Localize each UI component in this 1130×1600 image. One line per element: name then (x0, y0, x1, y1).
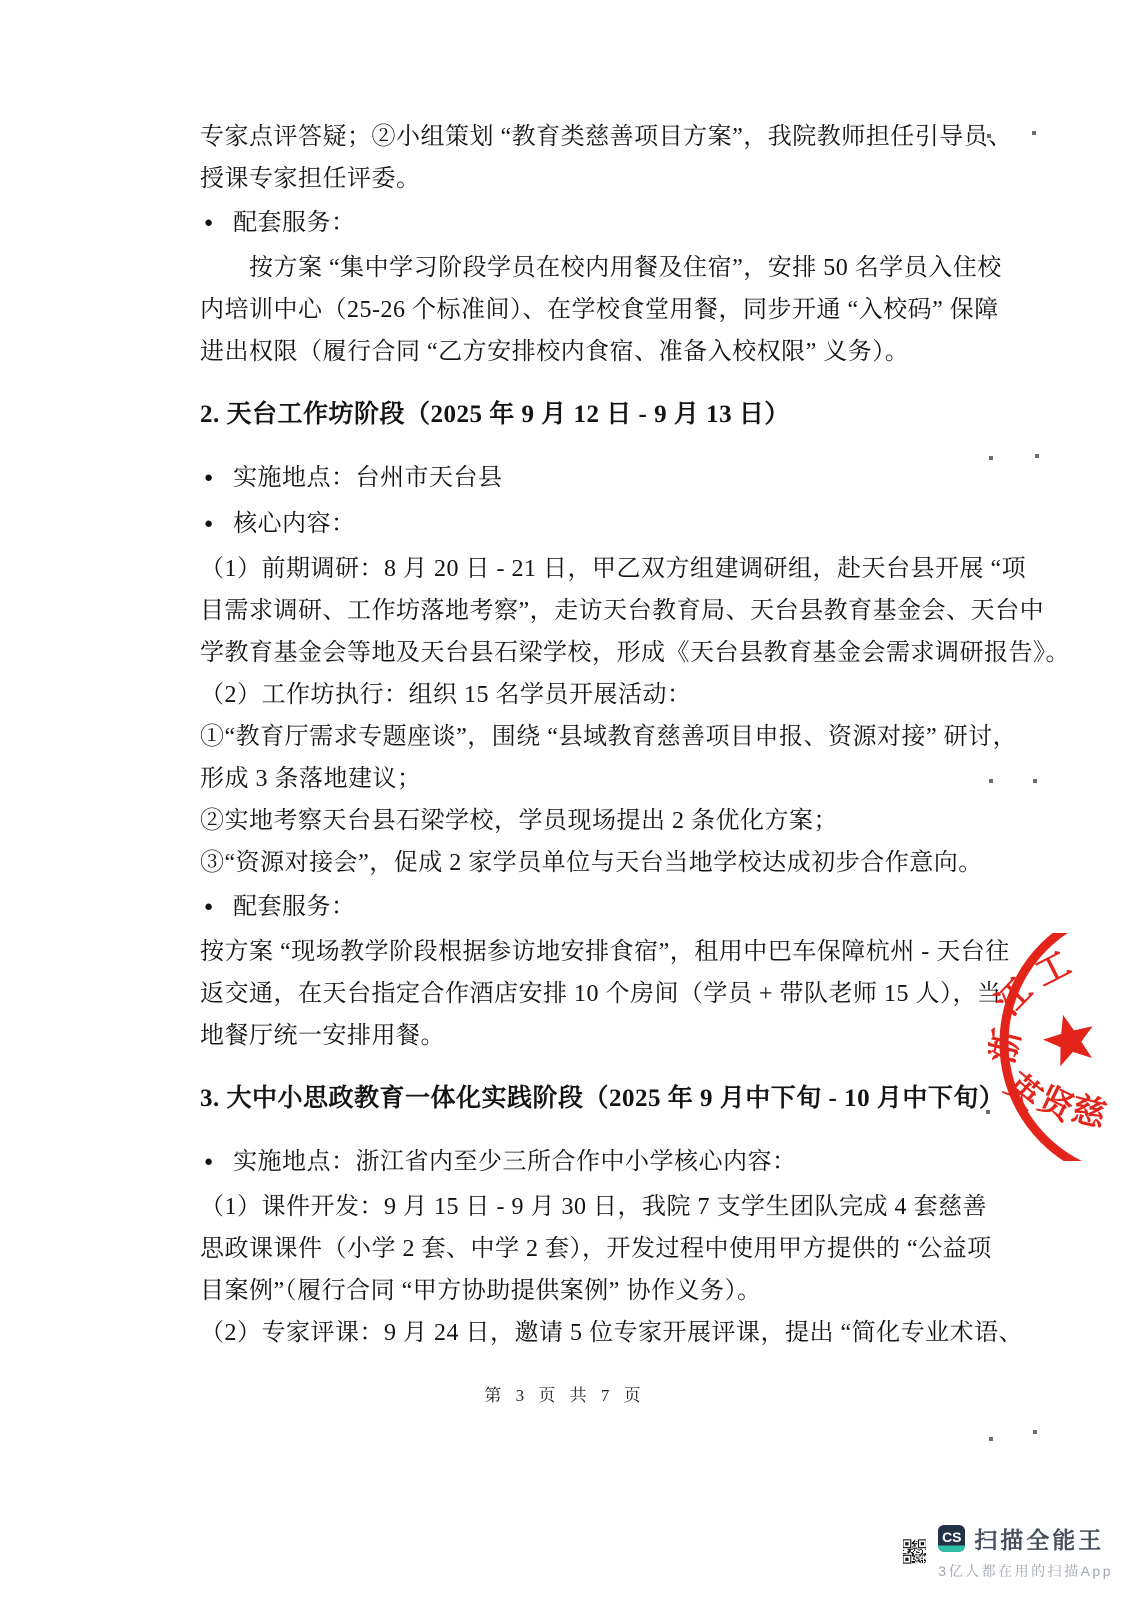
bullet-item: ●实施地点：浙江省内至少三所合作中小学核心内容： (200, 1140, 934, 1185)
paragraph-line: 按方案 “集中学习阶段学员在校内用餐及住宿”，安排 50 名学员入住校 (200, 247, 934, 289)
scan-speck (1033, 1430, 1037, 1434)
bullet-icon: ● (204, 502, 213, 547)
bullet-label: 实施地点：浙江省内至少三所合作中小学核心内容： (233, 1140, 797, 1185)
paragraph-line: 目需求调研、工作坊落地考察”，走访天台教育局、天台县教育基金会、天台中 (200, 590, 934, 632)
scan-speck (1033, 779, 1037, 783)
bullet-item: ●配套服务： (200, 201, 934, 246)
paragraph-line: 内培训中心（25-26 个标准间）、在学校食堂用餐，同步开通 “入校码” 保障 (200, 289, 934, 331)
scan-speck (987, 134, 991, 138)
paragraph: 专家点评答疑；②小组策划 “教育类慈善项目方案”，我院教师担任引导员、授课专家担… (200, 116, 934, 200)
scan-speck (986, 1110, 990, 1114)
paragraph-line: ①“教育厅需求专题座谈”，围绕 “县域教育慈善项目申报、资源对接” 研讨， (200, 716, 934, 758)
bullet-icon: ● (204, 456, 213, 501)
document-page: 专家点评答疑；②小组策划 “教育类慈善项目方案”，我院教师担任引导员、授课专家担… (0, 0, 1130, 1600)
paragraph-line: （2）专家评课：9 月 24 日，邀请 5 位专家开展评课，提出 “简化专业术语… (200, 1312, 934, 1354)
scan-speck (989, 1437, 993, 1441)
paragraph-line: 学教育基金会等地及天台县石梁学校，形成《天台县教育基金会需求调研报告》。 (200, 632, 934, 674)
bullet-label: 配套服务： (233, 885, 356, 930)
document-body: 专家点评答疑；②小组策划 “教育类慈善项目方案”，我院教师担任引导员、授课专家担… (200, 116, 934, 1354)
section-heading: 2. 天台工作坊阶段（2025 年 9 月 12 日 - 9 月 13 日） (200, 394, 934, 436)
paragraph: （1）前期调研：8 月 20 日 - 21 日，甲乙双方组建调研组，赴天台县开展… (200, 548, 934, 884)
scan-speck (989, 456, 993, 460)
scanner-watermark: CS 扫描全能王 3亿人都在用的扫描App (903, 1522, 1113, 1586)
scan-speck (1035, 454, 1039, 458)
paragraph: （1）课件开发：9 月 15 日 - 9 月 30 日，我院 7 支学生团队完成… (200, 1186, 934, 1354)
scan-speck (1032, 131, 1036, 135)
seal-char: 贤 (1032, 1080, 1081, 1130)
paragraph-line: ②实地考察天台县石梁学校，学员现场提出 2 条优化方案； (200, 800, 934, 842)
red-seal-stamp: 江 工 浙 英 贤 慈 (988, 933, 1130, 1161)
scanner-app-tagline: 3亿人都在用的扫描App (938, 1561, 1113, 1581)
paragraph-line: 专家点评答疑；②小组策划 “教育类慈善项目方案”，我院教师担任引导员、 (200, 116, 934, 158)
seal-char: 慈 (1068, 1090, 1110, 1135)
bullet-item: ●核心内容： (200, 502, 934, 547)
paragraph-line: 授课专家担任评委。 (200, 158, 934, 200)
paragraph-line: （2）工作坊执行：组织 15 名学员开展活动： (200, 674, 934, 716)
paragraph-line: 进出权限（履行合同 “乙方安排校内食宿、准备入校权限” 义务）。 (200, 331, 934, 373)
bullet-icon: ● (204, 885, 213, 930)
seal-circle (1004, 933, 1130, 1161)
paragraph-line: ③“资源对接会”，促成 2 家学员单位与天台当地学校达成初步合作意向。 (200, 842, 934, 884)
paragraph-line: 形成 3 条落地建议； (200, 758, 934, 800)
scan-speck (989, 779, 993, 783)
paragraph-line: 按方案 “现场教学阶段根据参访地安排食宿”，租用中巴车保障杭州 - 天台往 (200, 931, 934, 973)
cs-app-icon: CS (938, 1525, 965, 1552)
bullet-item: ●实施地点：台州市天台县 (200, 456, 934, 501)
paragraph-line: 目案例”（履行合同 “甲方协助提供案例” 协作义务）。 (200, 1270, 934, 1312)
paragraph: 按方案 “集中学习阶段学员在校内用餐及住宿”，安排 50 名学员入住校内培训中心… (200, 247, 934, 373)
bullet-icon: ● (204, 201, 213, 246)
bullet-label: 核心内容： (233, 502, 356, 547)
seal-char: 工 (1030, 945, 1077, 993)
paragraph: 按方案 “现场教学阶段根据参访地安排食宿”，租用中巴车保障杭州 - 天台往返交通… (200, 931, 934, 1057)
bullet-label: 实施地点：台州市天台县 (233, 456, 503, 501)
seal-char: 英 (998, 1066, 1048, 1117)
page-number: 第 3 页 共 7 页 (0, 1381, 1130, 1406)
paragraph-line: 返交通，在天台指定合作酒店安排 10 个房间（学员 + 带队老师 15 人），当 (200, 973, 934, 1015)
paragraph-line: （1）课件开发：9 月 15 日 - 9 月 30 日，我院 7 支学生团队完成… (200, 1186, 934, 1228)
bullet-icon: ● (204, 1140, 213, 1185)
bullet-label: 配套服务： (233, 201, 356, 246)
paragraph-line: 地餐厅统一安排用餐。 (200, 1015, 934, 1057)
section-heading: 3. 大中小思政教育一体化实践阶段（2025 年 9 月中下旬 - 10 月中下… (200, 1078, 934, 1120)
paragraph-line: （1）前期调研：8 月 20 日 - 21 日，甲乙双方组建调研组，赴天台县开展… (200, 548, 934, 590)
bullet-item: ●配套服务： (200, 885, 934, 930)
scanner-app-name: 扫描全能王 (974, 1522, 1104, 1555)
seal-star-icon (1043, 1015, 1093, 1066)
seal-char: 浙 (988, 1025, 1028, 1067)
paragraph-line: 思政课课件（小学 2 套、中学 2 套），开发过程中使用甲方提供的 “公益项 (200, 1228, 934, 1270)
seal-graphic: 江 工 浙 英 贤 慈 (988, 933, 1130, 1161)
qr-code (903, 1522, 926, 1581)
